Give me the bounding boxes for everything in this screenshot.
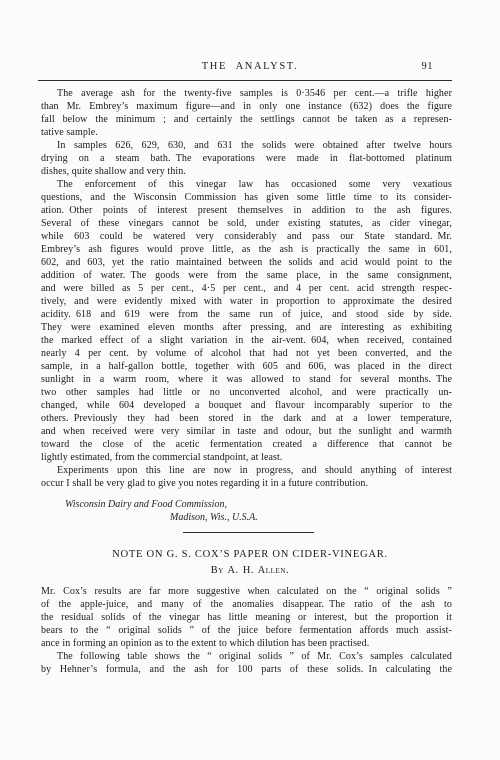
text-line: drying on a steam bath. The evaporations… <box>41 152 452 165</box>
text-line: They were examined eleven months after p… <box>41 321 452 334</box>
text-line: Mr. Cox’s results are far more suggestiv… <box>41 585 452 598</box>
note-article-byline: By A. H. Allen. <box>0 565 500 576</box>
text-line: and when received were very similar in t… <box>41 425 452 438</box>
text-line: In samples 626, 629, 630, and 631 the so… <box>41 139 452 152</box>
text-line: changed, while 604 developed a bouquet a… <box>41 399 452 412</box>
text-line: ance in forming an opinion as to the ext… <box>41 637 452 650</box>
page-number: 91 <box>422 61 434 72</box>
text-line: of the apple-juice, and many of the anom… <box>41 598 452 611</box>
signature-organization: Wisconsin Dairy and Food Commission, <box>41 499 452 512</box>
text-line: while 603 could be watered very consider… <box>41 230 452 243</box>
text-line: The following table shows the “ original… <box>41 650 452 663</box>
first-article-body: The average ash for the twenty-five samp… <box>41 87 452 490</box>
signature-location: Madison, Wis., U.S.A. <box>41 512 452 525</box>
header-rule <box>38 80 452 81</box>
text-line: lightly estimated, from the commercial s… <box>41 451 452 464</box>
text-line: The enforcement of this vinegar law has … <box>41 178 452 191</box>
text-line: 602, and 603, yet the ratio maintained b… <box>41 256 452 269</box>
text-line: tively, and were evidently mixed with wa… <box>41 295 452 308</box>
text-line: bears to the “ original solids ” of the … <box>41 624 452 637</box>
text-line: nearly 4 per cent. by volume of alcohol … <box>41 347 452 360</box>
text-line: fall below the minimum ; and certainly t… <box>41 113 452 126</box>
text-line: sunlight in a warm room, where it was al… <box>41 373 452 386</box>
text-line: toward the close of the acetic fermentat… <box>41 438 452 451</box>
text-line: the residual solids of the vinegar has l… <box>41 611 452 624</box>
text-line: occur I shall be very glad to give you n… <box>41 477 452 490</box>
text-line: The average ash for the twenty-five samp… <box>41 87 452 100</box>
text-line: Several of these vinegars cannot be sold… <box>41 217 452 230</box>
text-line: by Hehner’s formula, and the ash for 100… <box>41 663 452 676</box>
text-line: acidity. 618 and 619 were from the same … <box>41 308 452 321</box>
text-line: addition of water. The goods were from t… <box>41 269 452 282</box>
text-line: tative sample. <box>41 126 452 139</box>
text-line: Experiments upon this line are now in pr… <box>41 464 452 477</box>
text-line: questions, and the Wisconsin Commission … <box>41 191 452 204</box>
text-line: dishes, quite shallow and very thin. <box>41 165 452 178</box>
text-line: sample, in a half-gallon bottle, togethe… <box>41 360 452 373</box>
text-line: than Mr. Embrey’s maximum figure—and in … <box>41 100 452 113</box>
text-line: ation. Other points of interest present … <box>41 204 452 217</box>
scanned-journal-page: THE ANALYST. 91 The average ash for the … <box>0 0 500 760</box>
author-signature: Wisconsin Dairy and Food Commission, Mad… <box>41 499 452 524</box>
note-article-title: NOTE ON G. S. COX’S PAPER ON CIDER-VINEG… <box>0 549 500 560</box>
text-line: the marked effect of a slight variation … <box>41 334 452 347</box>
section-divider-rule <box>183 532 314 533</box>
note-article-body: Mr. Cox’s results are far more suggestiv… <box>41 585 452 676</box>
text-line: and were billed as 5 per cent., 4·5 per … <box>41 282 452 295</box>
text-line: Embrey’s ash figures would prove little,… <box>41 243 452 256</box>
text-line: two other samples had little or no uncon… <box>41 386 452 399</box>
text-line: others. Previously they had been stored … <box>41 412 452 425</box>
